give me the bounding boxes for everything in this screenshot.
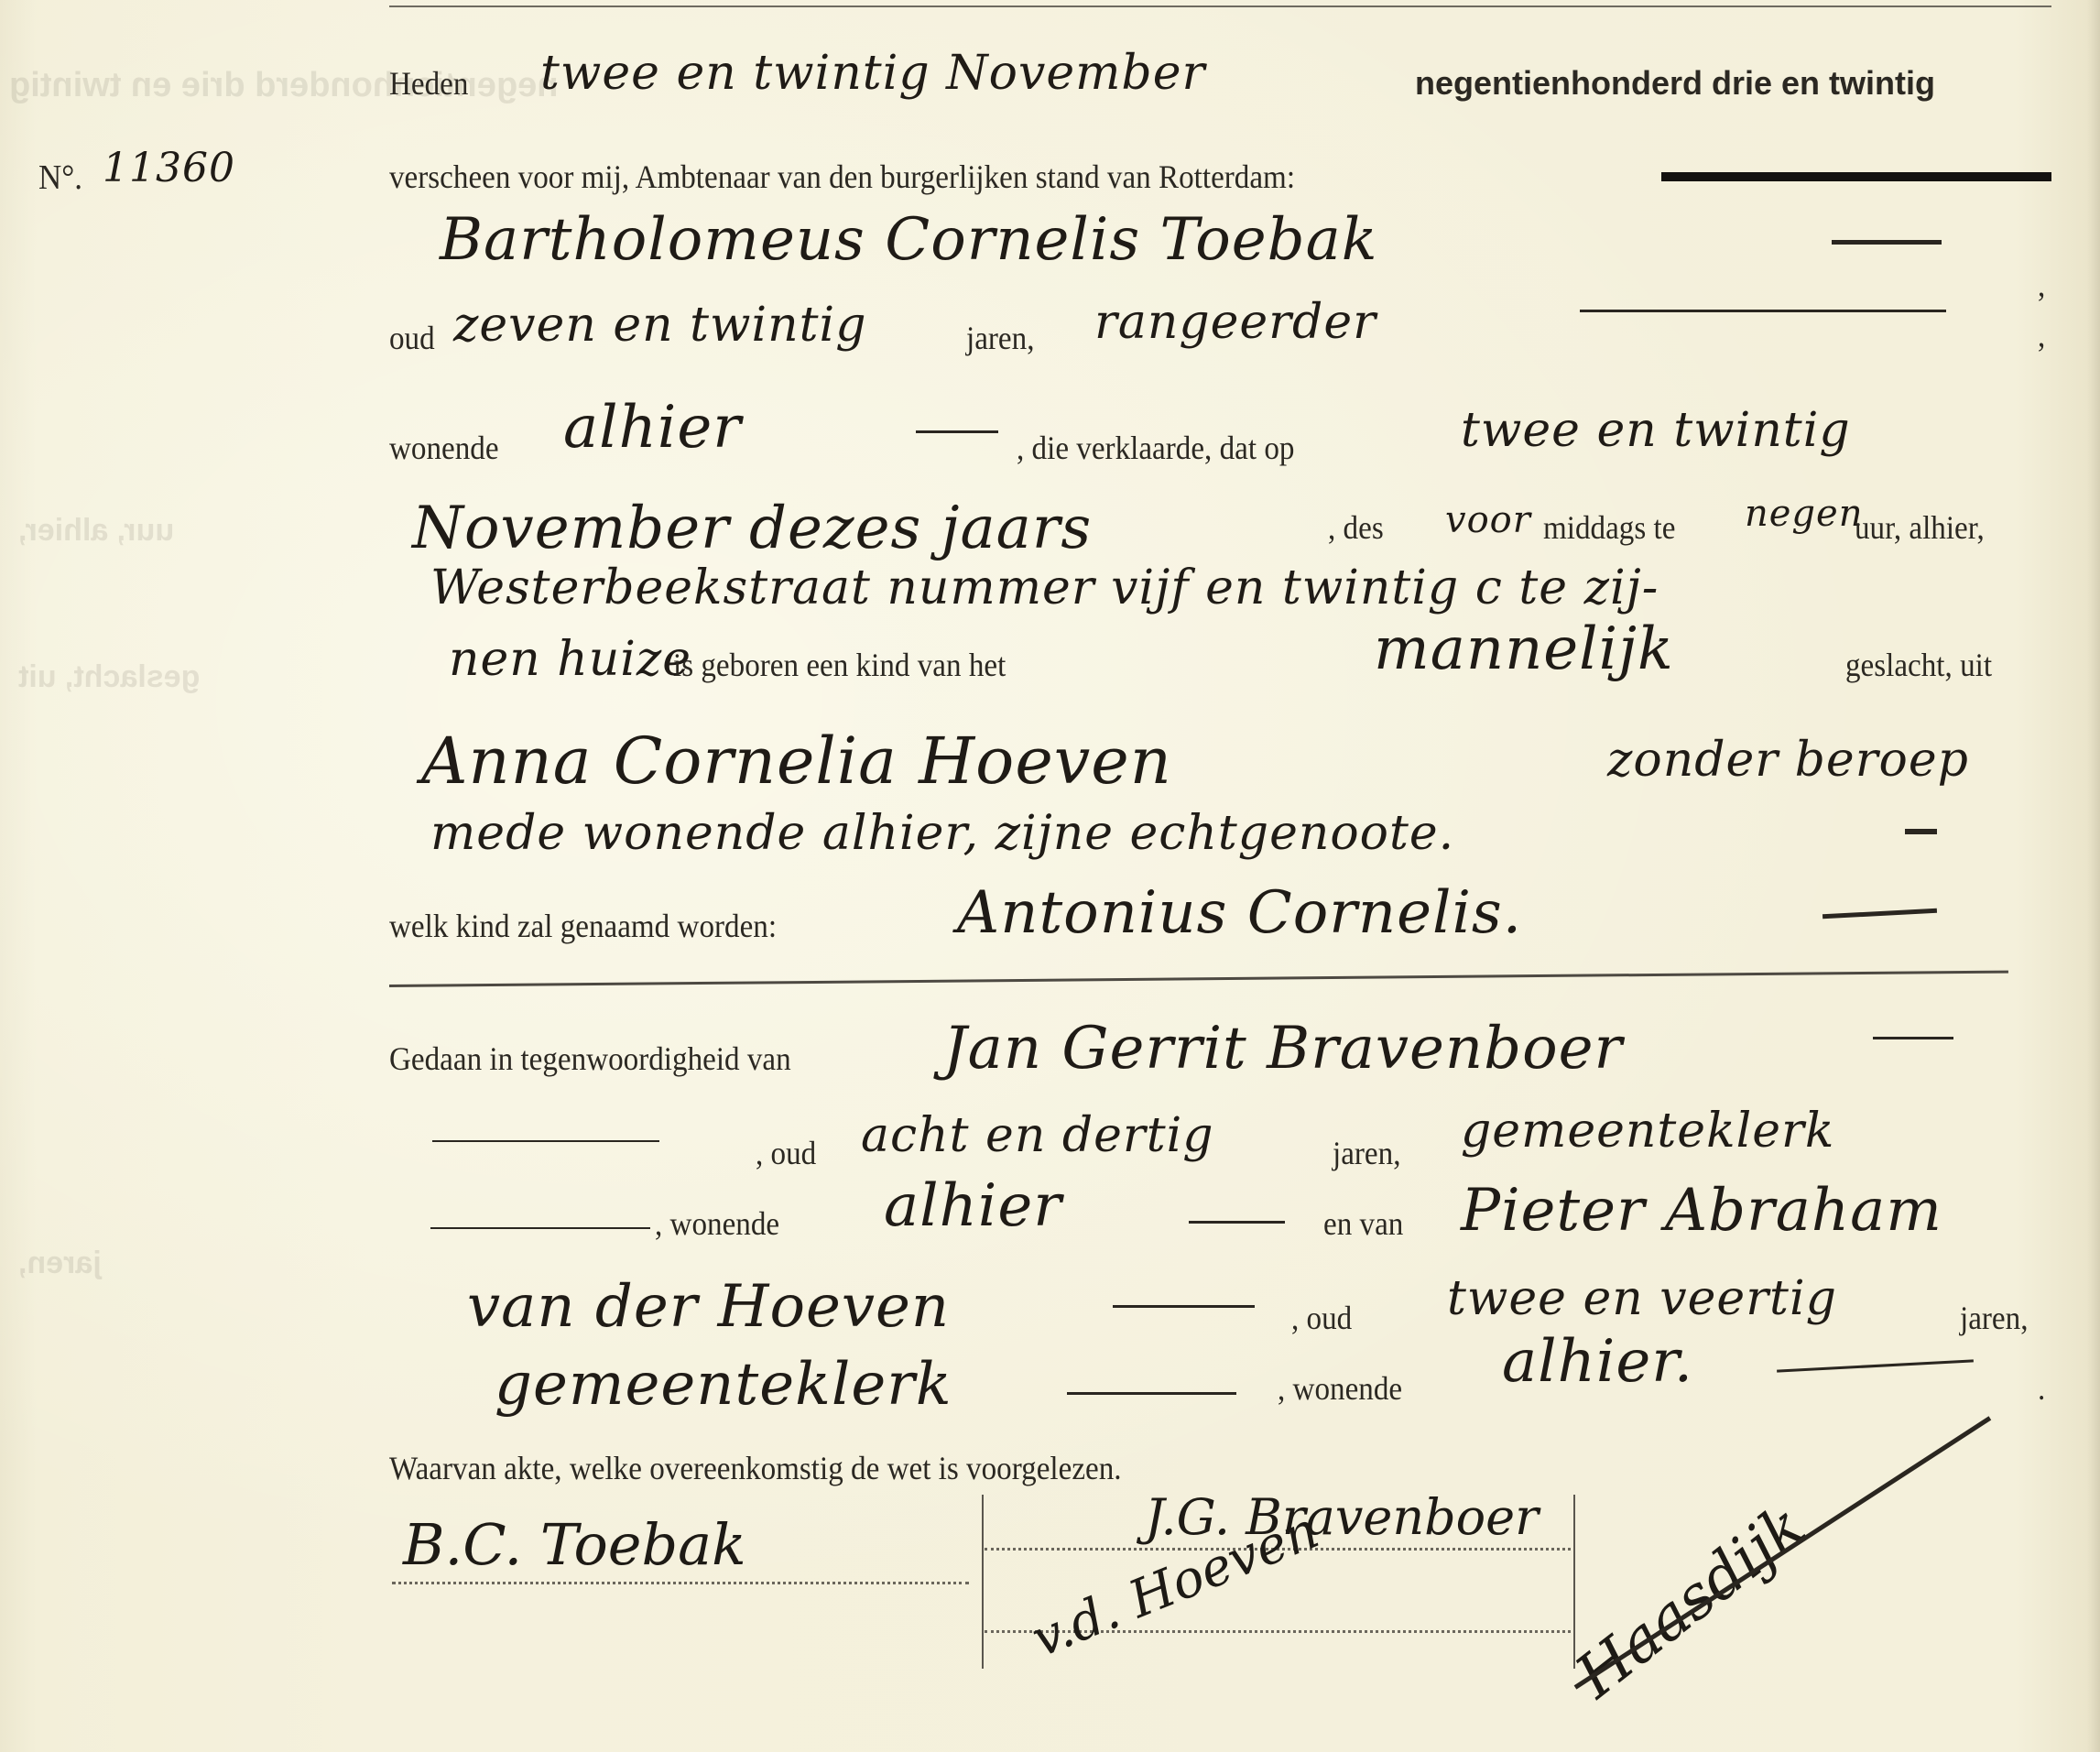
label-die-verklaarde: , die verklaarde, dat op: [1017, 429, 1294, 467]
filler-dash: [1873, 1037, 1953, 1039]
top-rule: [389, 5, 2051, 7]
field-hour: negen: [1745, 493, 1863, 535]
heavy-filler-bar: [1661, 172, 2051, 181]
punct-comma: ,: [2038, 316, 2045, 354]
label-uur-alhier: uur, alhier,: [1855, 508, 1985, 547]
label-oud-2: , oud: [756, 1134, 816, 1172]
label-wonende-3: , wonende: [1278, 1369, 1402, 1408]
field-mother-line2: mede wonende alhier, zijne echtgenoote.: [430, 806, 1454, 861]
bleed-through-text: uur, alhier,: [18, 513, 174, 549]
label-is-geboren: is geboren een kind van het: [673, 646, 1006, 684]
signature-divider: [982, 1495, 984, 1669]
signature-line-declarant: [392, 1582, 969, 1584]
label-year: negentienhonderd drie en twintig: [1415, 64, 1935, 103]
field-address-line1: Westerbeekstraat nummer vijf en twintig …: [430, 560, 1659, 615]
label-wonende: wonende: [389, 429, 499, 467]
label-en-van: en van: [1323, 1204, 1403, 1243]
register-number: 11360: [103, 145, 235, 191]
filler-line: [432, 1140, 659, 1142]
field-witness2-residence: alhier.: [1502, 1328, 1693, 1396]
filler-dash: [1832, 240, 1942, 245]
filler-dash: [1905, 829, 1937, 834]
field-date: twee en twintig November: [540, 46, 1205, 101]
field-mother-occupation: zonder beroep: [1607, 733, 1969, 788]
punct-period: .: [2038, 1369, 2045, 1408]
signature-witness1: J.G. Bravenboer: [1145, 1488, 1539, 1546]
bleed-through-text: jaren,: [18, 1246, 102, 1281]
label-wonende-2: , wonende: [655, 1204, 779, 1243]
filler-dash: [1189, 1221, 1285, 1224]
field-witness2-occupation: gemeenteklerk: [495, 1351, 952, 1419]
field-witness2-age: twee en veertig: [1447, 1271, 1837, 1326]
label-waarvan: Waarvan akte, welke overeenkomstig de we…: [389, 1449, 1122, 1487]
label-oud: oud: [389, 319, 435, 357]
field-declarant-age: zeven en twintig: [453, 298, 866, 353]
field-child-name: Antonius Cornelis.: [957, 879, 1522, 947]
signature-declarant: B.C. Toebak: [403, 1511, 746, 1578]
page-edge-shadow: [2087, 0, 2100, 1752]
field-witness2-name-1: Pieter Abraham: [1461, 1177, 1942, 1245]
field-mother-name: Anna Cornelia Hoeven: [421, 724, 1172, 799]
filler-dash: [1113, 1305, 1255, 1308]
label-verscheen: verscheen voor mij, Ambtenaar van den bu…: [389, 158, 1295, 196]
bleed-through-text: negentienhonderd drie en twintig: [9, 66, 559, 105]
field-address-line2: nen huize: [449, 632, 691, 687]
field-declarant-name: Bartholomeus Cornelis Toebak: [440, 206, 1378, 274]
field-witness1-occupation: gemeenteklerk: [1461, 1104, 1834, 1159]
label-middags-te: middags te: [1543, 508, 1675, 547]
field-witness1-residence: alhier: [884, 1172, 1062, 1240]
register-number-label: N°.: [38, 158, 82, 198]
label-oud-3: , oud: [1291, 1299, 1352, 1337]
filler-line: [1580, 310, 1946, 312]
field-witness1-age: acht en dertig: [861, 1108, 1214, 1163]
field-birth-day: twee en twintig: [1461, 403, 1851, 458]
field-witness1-name: Jan Gerrit Bravenboer: [943, 1015, 1623, 1083]
label-welk-kind: welk kind zal genaamd worden:: [389, 907, 777, 945]
field-sex: mannelijk: [1374, 615, 1674, 683]
label-jaren-3: jaren,: [1960, 1299, 2028, 1337]
bleed-through-text: geslacht, uit: [18, 659, 200, 695]
field-time-of-day: voor: [1445, 499, 1531, 541]
filler-dash: [1067, 1392, 1236, 1395]
field-declarant-occupation: rangeerder: [1094, 295, 1376, 350]
label-geslacht-uit: geslacht, uit: [1845, 646, 1992, 684]
punct-comma: ,: [2038, 266, 2045, 304]
field-witness2-name-2: van der Hoeven: [467, 1273, 950, 1341]
field-declarant-residence: alhier: [563, 394, 742, 462]
filler-dash: [916, 430, 998, 433]
label-des: , des: [1328, 508, 1384, 547]
label-jaren-2: jaren,: [1333, 1134, 1400, 1172]
label-gedaan: Gedaan in tegenwoordigheid van: [389, 1039, 791, 1078]
filler-line: [430, 1227, 650, 1229]
label-jaren: jaren,: [966, 319, 1034, 357]
field-birth-month: November dezes jaars: [412, 495, 1092, 562]
label-heden: Heden: [389, 64, 468, 103]
signature-divider: [1573, 1495, 1575, 1669]
